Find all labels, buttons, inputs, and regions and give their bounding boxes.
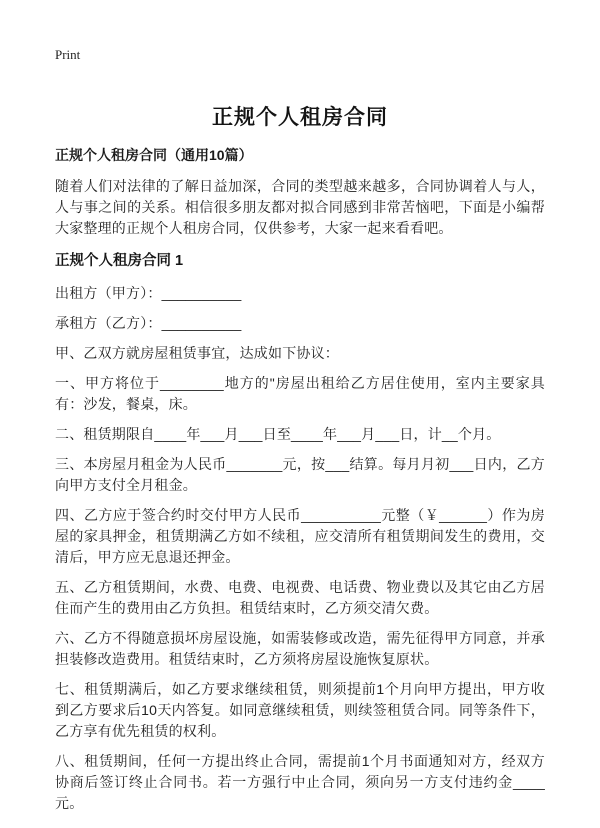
contract-clause-2: 二、租赁期限自____年___月___日至____年___月___日，计__个月… (55, 424, 545, 445)
contract-clause-4: 四、乙方应于签合约时交付甲方人民币__________元整（￥______）作为… (55, 505, 545, 568)
contract-paragraph-agreement: 甲、乙双方就房屋租赁事宜，达成如下协议： (55, 343, 545, 364)
contract-paragraph-lessee: 承租方（乙方）：__________ (55, 313, 545, 334)
contract-clause-1: 一、甲方将位于________地方的"房屋出租给乙方居住使用，室内主要家具有：沙… (55, 373, 545, 415)
contract-clause-6: 六、乙方不得随意损坏房屋设施，如需装修或改造，需先征得甲方同意，并承担装修改造费… (55, 628, 545, 670)
document-page: Print 正规个人租房合同 正规个人租房合同（通用10篇） 随着人们对法律的了… (0, 0, 600, 828)
contract-clause-8: 八、租赁期间，任何一方提出终止合同，需提前1个月书面通知对方，经双方协商后签订终… (55, 751, 545, 814)
print-link[interactable]: Print (55, 47, 80, 62)
document-subtitle: 正规个人租房合同（通用10篇） (55, 146, 545, 165)
contract-paragraph-lessor: 出租方（甲方）：__________ (55, 283, 545, 304)
contract-clause-3: 三、本房屋月租金为人民币_______元，按___结算。每月月初___日内，乙方… (55, 454, 545, 496)
contract-clause-5: 五、乙方租赁期间，水费、电费、电视费、电话费、物业费以及其它由乙方居住而产生的费… (55, 577, 545, 619)
document-title: 正规个人租房合同 (55, 104, 545, 132)
section-heading: 正规个人租房合同 1 (55, 251, 545, 272)
print-row: Print (55, 46, 545, 84)
intro-paragraph: 随着人们对法律的了解日益加深，合同的类型越来越多，合同协调着人与人，人与事之间的… (55, 176, 545, 239)
contract-clause-7: 七、租赁期满后，如乙方要求继续租赁，则须提前1个月向甲方提出，甲方收到乙方要求后… (55, 679, 545, 742)
